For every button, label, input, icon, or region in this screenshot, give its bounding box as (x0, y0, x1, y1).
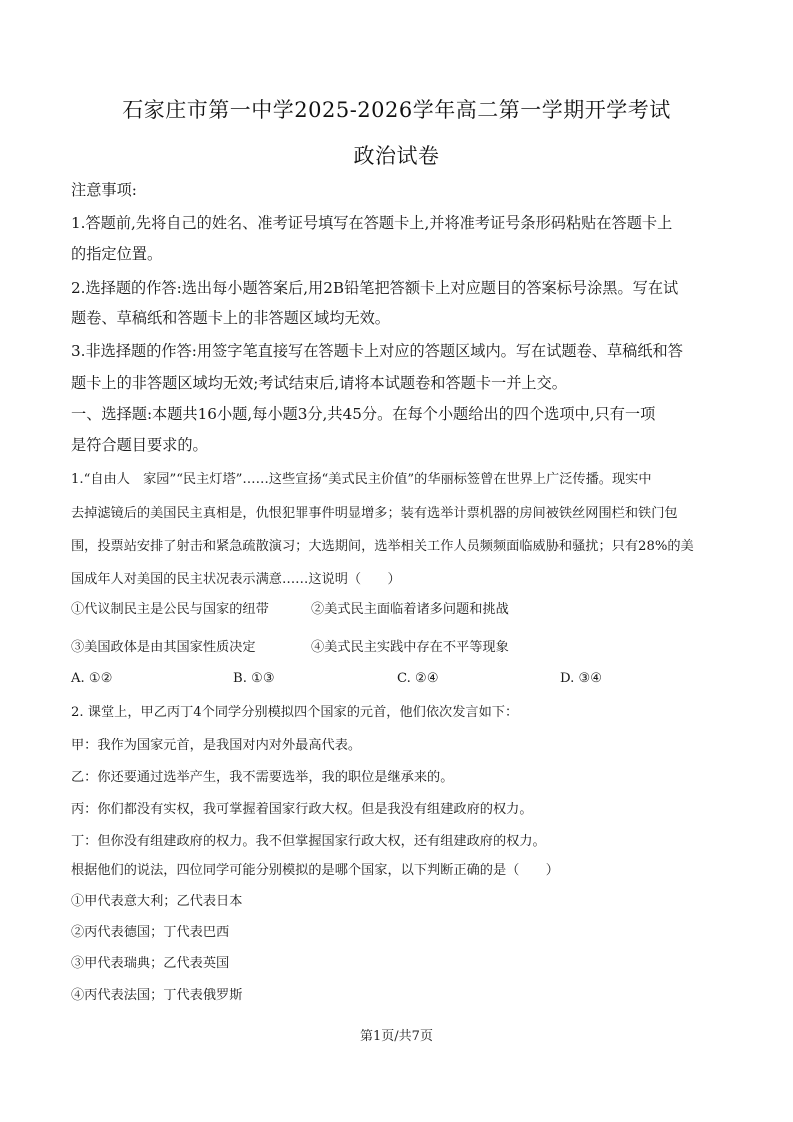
question-1-stem: 去掉滤镜后的美国民主真相是，仇恨犯罪事件明显增多；装有选举计票机器的房间被铁丝网… (71, 502, 731, 521)
question-1-statement-4: ④美式民主实践中存在不平等现象 (311, 636, 509, 655)
question-2-dialogue-yi: 乙：你还要通过选举产生，我不需要选举，我的职位是继承来的。 (71, 766, 731, 785)
question-2-statement-2: ②丙代表德国；丁代表巴西 (71, 921, 731, 940)
notice-line: 3.非选择题的作答:用签字笔直接写在答题卡上对应的答题区域内。写在试题卷、草稿纸… (71, 340, 731, 361)
question-2-dialogue-jia: 甲：我作为国家元首，是我国对内对外最高代表。 (71, 734, 731, 753)
question-1-statement-1: ①代议制民主是公民与国家的纽带 (71, 598, 269, 617)
question-2-stem: 2. 课堂上，甲乙丙丁4个同学分别模拟四个国家的元首，他们依次发言如下： (71, 701, 731, 720)
section-instruction: 是符合题目要求的。 (71, 434, 731, 455)
exam-page: 石家庄市第一中学2025-2026学年高二第一学期开学考试 政治试卷 注意事项:… (0, 0, 793, 1122)
question-1-choice-c: C. ②④ (397, 671, 439, 686)
question-1-stem: 围，投票站安排了射击和紧急疏散演习；大选期间，选举相关工作人员频频面临威胁和骚扰… (71, 535, 731, 554)
question-1-statement-3: ③美国政体是由其国家性质决定 (71, 636, 256, 655)
page-number: 第1页/共7页 (0, 1025, 793, 1044)
question-1-choice-a: A. ①② (71, 671, 113, 686)
section-instruction: 一、选择题:本题共16小题,每小题3分,共45分。在每个小题给出的四个选项中,只… (71, 403, 731, 424)
question-2-statement-4: ④丙代表法国；丁代表俄罗斯 (71, 984, 731, 1003)
question-2-dialogue-ding: 丁：但你没有组建政府的权力。我不但掌握国家行政大权，还有组建政府的权力。 (71, 830, 731, 849)
question-2-prompt: 根据他们的说法，四位同学可能分别模拟的是哪个国家，以下判断正确的是（ ） (71, 859, 731, 878)
question-2-dialogue-bing: 丙：你们都没有实权，我可掌握着国家行政大权。但是我没有组建政府的权力。 (71, 798, 731, 817)
question-1-stem: 1.“自由人 家园”“民主灯塔”……这些宣扬“美式民主价值”的华丽标签曾在世界上… (71, 468, 731, 487)
exam-subtitle: 政治试卷 (0, 140, 793, 170)
notice-line: 2.选择题的作答:选出每小题答案后,用2B铅笔把答额卡上对应题目的答案标号涂黑。… (71, 277, 731, 298)
notice-heading: 注意事项: (71, 179, 731, 200)
question-1-choice-b: B. ①③ (233, 671, 275, 686)
question-1-choice-d: D. ③④ (560, 671, 602, 686)
question-1-statement-2: ②美式民主面临着诸多问题和挑战 (311, 598, 509, 617)
notice-line: 题卡上的非答题区域均无效;考试结束后,请将本试题卷和答题卡一并上交。 (71, 372, 731, 393)
notice-line: 的指定位置。 (71, 243, 731, 264)
question-1-stem: 国成年人对美国的民主状况表示满意……这说明（ ） (71, 568, 731, 587)
question-2-statement-1: ①甲代表意大利；乙代表日本 (71, 890, 731, 909)
question-2-statement-3: ③甲代表瑞典；乙代表英国 (71, 952, 731, 971)
notice-line: 题卷、草稿纸和答题卡上的非答题区域均无效。 (71, 307, 731, 328)
notice-line: 1.答题前,先将自己的姓名、准考证号填写在答题卡上,并将准考证号条形码粘贴在答题… (71, 212, 731, 233)
exam-title: 石家庄市第一中学2025-2026学年高二第一学期开学考试 (0, 94, 793, 124)
